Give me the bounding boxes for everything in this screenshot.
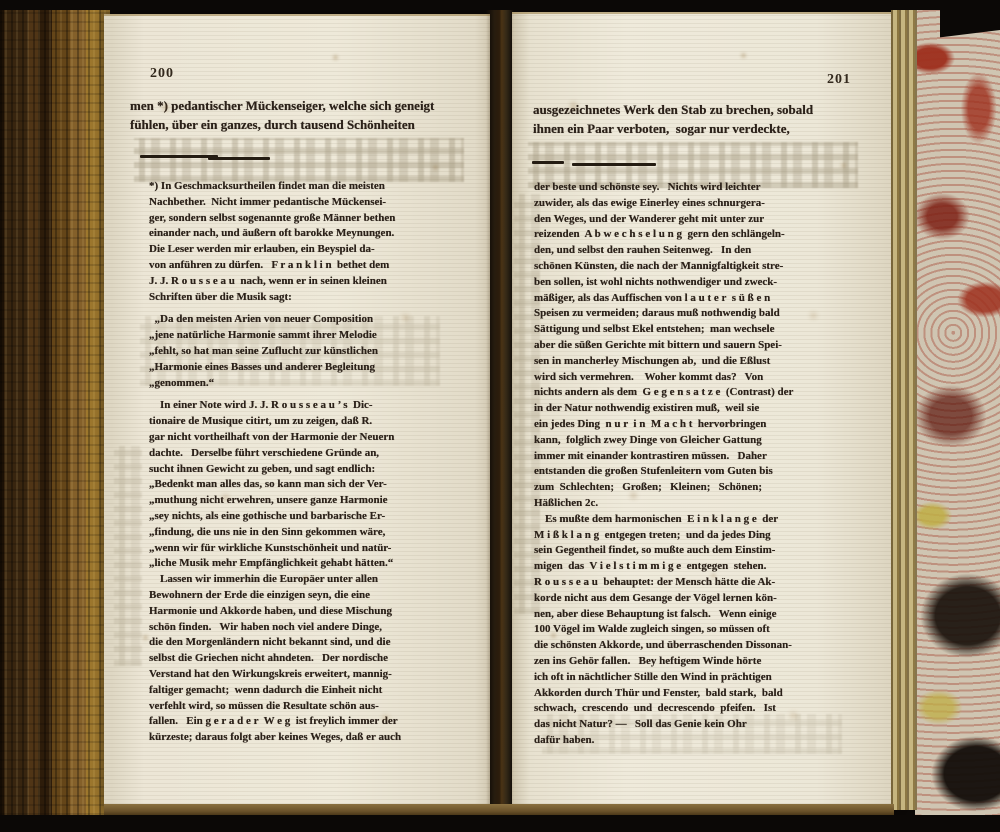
text-line: korde nicht aus dem Gesange der Vögel le… (534, 591, 884, 607)
marbled-endpaper (915, 0, 1000, 832)
text-line: *) In Geschmacksurtheilen findet man die… (149, 179, 469, 195)
text-line: „Da den meisten Arien von neuer Composit… (149, 312, 469, 328)
text-line: das nicht Natur? — Soll das Genie kein O… (534, 717, 884, 733)
text-line: Verstand hat den Wirkungskreis erweitert… (149, 667, 469, 683)
text-line: Lassen wir immerhin die Europäer unter a… (149, 572, 469, 588)
text-line: reizenden A b w e c h s e l u n g gern d… (534, 227, 884, 243)
text-line: kürzeste; daraus folgt aber keines Weges… (149, 730, 469, 746)
text-line: dachte. Derselbe führt verschiedene Grün… (149, 446, 469, 462)
text-line: fühlen, über ein ganzes, durch tausend S… (130, 115, 480, 134)
text-line: „liche Musik mehr Empfänglichkeit gehabt… (149, 556, 469, 572)
text-line: Harmonie und Akkorde haben, und diese Mi… (149, 604, 469, 620)
text-line: Die Leser werden mir erlauben, ein Beysp… (149, 242, 469, 258)
footnote-separator-right (572, 163, 656, 166)
text-line: Schriften über die Musik sagt: (149, 290, 469, 306)
show-through-text (134, 138, 464, 182)
text-line: sucht ihnen Gewicht zu geben, und sagt e… (149, 462, 469, 478)
text-line: die den Morgenländern nicht bekannt sind… (149, 635, 469, 651)
text-line: schön finden. Wir haben noch viel andere… (149, 620, 469, 636)
paragraph-gap (149, 391, 469, 398)
scan-top-shadow (0, 0, 1000, 10)
text-line: „Harmonie eines Basses und anderer Begle… (149, 360, 469, 376)
text-line: nichts andern als dem G e g e n s a t z … (534, 385, 884, 401)
text-line: zum Schlechten; Großen; Kleinen; Schönen… (534, 480, 884, 496)
scan-bottom-shadow (0, 815, 1000, 832)
page-edge-strip (891, 10, 917, 810)
text-line: Es mußte dem harmonischen E i n k l a n … (534, 512, 884, 528)
text-line: kann, folglich zwey Dinge von Gleicher G… (534, 433, 884, 449)
text-line: J. J. R o u s s e a u nach, wenn er in s… (149, 274, 469, 290)
left-page: 200 men *) pedantischer Mückenseiger, we… (104, 14, 490, 808)
text-line: „wenn wir für wirkliche Kunstschönheit u… (149, 541, 469, 557)
text-line: verfehlt wird, so müssen die Resultate s… (149, 699, 469, 715)
text-line: einander nach, und äußern oft barokke Me… (149, 226, 469, 242)
text-line: zuwider, als das ewige Einerley eines sc… (534, 196, 884, 212)
text-line: der beste und schönste sey. Nichts wird … (534, 180, 884, 196)
text-line: entstanden die großen Stufenleitern vom … (534, 464, 884, 480)
text-line: Sättigung und selbst Ekel entstehen; man… (534, 322, 884, 338)
text-line: den Weges, und der Wanderer geht mit unt… (534, 212, 884, 228)
page-number-right: 201 (827, 72, 851, 88)
text-line: „sey nichts, als eine gothische und barb… (149, 509, 469, 525)
text-line: men *) pedantischer Mückenseiger, welche… (130, 96, 480, 115)
left-main-text: men *) pedantischer Mückenseiger, welche… (130, 96, 480, 134)
text-line: ihnen ein Paar verboten, sogar nur verde… (533, 119, 889, 138)
text-line: „findung, die uns nie in den Sinn gekomm… (149, 525, 469, 541)
text-line: „genommen.“ (149, 376, 469, 392)
text-line: Akkorden durch Thür und Fenster, bald st… (534, 686, 884, 702)
book-fore-edge (0, 9, 110, 815)
text-line: dafür haben. (534, 733, 884, 749)
show-through-text (114, 446, 142, 666)
text-line: ausgezeichnetes Werk den Stab zu brechen… (533, 100, 889, 119)
text-line: Häßlichen 2c. (534, 496, 884, 512)
text-line: Nachbether. Nicht immer pedantische Mück… (149, 195, 469, 211)
text-line: selbst die Griechen nicht ahndeten. Der … (149, 651, 469, 667)
text-line: ben sollen, ist wohl nichts nothwendiger… (534, 275, 884, 291)
text-line: in der Natur nothwendig existiren muß, w… (534, 401, 884, 417)
text-line: migen das V i e l s t i m m i g e entgeg… (534, 559, 884, 575)
text-line: sen in mancherley Mischungen ab, und die… (534, 354, 884, 370)
text-line: 100 Vögel im Walde zugleich singen, so m… (534, 622, 884, 638)
text-line: ich oft in nächtlicher Stille den Wind i… (534, 670, 884, 686)
text-line: ger, sondern selbst sogenannte große Män… (149, 211, 469, 227)
book-gutter (486, 10, 514, 810)
book-scan: 200 men *) pedantischer Mückenseiger, we… (0, 0, 1000, 832)
footnote-separator-left (140, 155, 218, 158)
text-line: M i ß k l a n g entgegen treten; und da … (534, 528, 884, 544)
foxing-spots (104, 16, 107, 19)
text-line: den, und selbst den rauhen Seitenweg. In… (534, 243, 884, 259)
text-line: „Bedenkt man alles das, so kann man sich… (149, 477, 469, 493)
text-line: tionaire de Musique citirt, um zu zeigen… (149, 414, 469, 430)
text-line: schwach, crescendo und decrescendo pfeif… (534, 701, 884, 717)
right-page: 201 ausgezeichnetes Werk den Stab zu bre… (512, 12, 893, 808)
footnote-separator-right (532, 161, 564, 164)
text-line: „fehlt, so hat man seine Zuflucht zur kü… (149, 344, 469, 360)
text-line: wird sich vermehren. Woher kommt das? Vo… (534, 370, 884, 386)
text-line: R o u s s e a u behauptet: der Mensch hä… (534, 575, 884, 591)
text-line: nen, aber diese Behauptung ist falsch. W… (534, 607, 884, 623)
footnote-separator-left (208, 157, 270, 160)
text-line: ein jedes Ding n u r i n M a c h t hervo… (534, 417, 884, 433)
text-line: In einer Note wird J. J. R o u s s e a u… (149, 398, 469, 414)
right-body-text: der beste und schönste sey. Nichts wird … (534, 180, 884, 749)
text-line: Bewohnern der Erde die einzigen seyn, di… (149, 588, 469, 604)
text-line: die schönsten Akkorde, und überraschende… (534, 638, 884, 654)
text-line: Speisen zu vermeiden; daraus muß nothwen… (534, 306, 884, 322)
text-line: „jene natürliche Harmonie sammt ihrer Me… (149, 328, 469, 344)
text-line: immer mit einander kontrastiren müssen. … (534, 449, 884, 465)
text-line: mäßiger, als das Auffischen von l a u t … (534, 291, 884, 307)
right-main-text: ausgezeichnetes Werk den Stab zu brechen… (533, 100, 889, 138)
text-line: schönen Künsten, die nach der Mannigfalt… (534, 259, 884, 275)
text-line: zen ins Gehör fallen. Bey heftigem Winde… (534, 654, 884, 670)
text-line: „muthung nicht erwehren, unsere ganze Ha… (149, 493, 469, 509)
text-line: faltiger gemacht; wenn dadurch die Einhe… (149, 683, 469, 699)
text-line: gar nicht vortheilhaft von der Harmonie … (149, 430, 469, 446)
text-line: sein Gegentheil findet, so mußte auch de… (534, 543, 884, 559)
text-line: aber die süßen Gerichte mit bittern und … (534, 338, 884, 354)
left-footnote-text: *) In Geschmacksurtheilen findet man die… (149, 179, 469, 746)
page-number-left: 200 (150, 66, 174, 82)
text-line: von anführen zu dürfen. F r a n k l i n … (149, 258, 469, 274)
text-line: fallen. Ein g e r a d e r W e g ist frey… (149, 714, 469, 730)
paragraph-gap (149, 305, 469, 312)
